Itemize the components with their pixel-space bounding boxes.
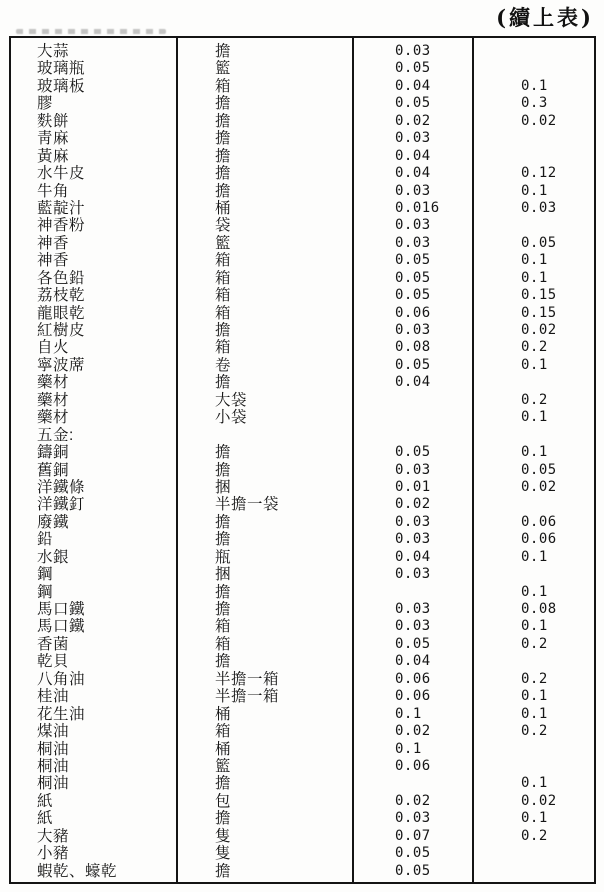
table-row: 荔枝乾 箱 0.05 0.15 bbox=[11, 287, 594, 304]
item-name-cell: 桐油 bbox=[11, 758, 178, 775]
rate-secondary-cell: 0.15 bbox=[472, 287, 594, 304]
rate-primary-cell: 0.05 bbox=[352, 863, 472, 880]
item-name-cell: 玻璃瓶 bbox=[11, 60, 178, 77]
rate-secondary-cell: 0.1 bbox=[472, 409, 594, 426]
rate-secondary-cell: 0.1 bbox=[472, 270, 594, 287]
table-row: 神香 籃 0.03 0.05 bbox=[11, 235, 594, 252]
item-name-cell: 小豬 bbox=[11, 845, 178, 862]
item-name-cell: 馬口鐵 bbox=[11, 618, 178, 635]
table-row: 香菌 箱 0.05 0.2 bbox=[11, 636, 594, 653]
unit-cell: 擔 bbox=[178, 43, 352, 60]
rate-secondary-cell: 0.2 bbox=[472, 723, 594, 740]
rate-secondary-cell bbox=[472, 653, 594, 670]
item-name-cell: 八角油 bbox=[11, 671, 178, 688]
rate-secondary-cell: 0.2 bbox=[472, 671, 594, 688]
unit-cell: 擔 bbox=[178, 183, 352, 200]
table-row: 八角油 半擔一箱 0.06 0.2 bbox=[11, 671, 594, 688]
rate-secondary-cell: 0.1 bbox=[472, 618, 594, 635]
rate-primary-cell: 0.04 bbox=[352, 549, 472, 566]
item-name-cell: 藥材 bbox=[11, 374, 178, 391]
unit-cell: 擔 bbox=[178, 653, 352, 670]
unit-cell: 隻 bbox=[178, 845, 352, 862]
rate-secondary-cell: 0.03 bbox=[472, 200, 594, 217]
item-name-cell: 紅樹皮 bbox=[11, 322, 178, 339]
item-name-cell: 大豬 bbox=[11, 828, 178, 845]
table-row: 神香 箱 0.05 0.1 bbox=[11, 252, 594, 269]
item-name-cell: 紙 bbox=[11, 793, 178, 810]
item-name-cell: 桂油 bbox=[11, 688, 178, 705]
table-row: 各色鉛 箱 0.05 0.1 bbox=[11, 270, 594, 287]
rate-secondary-cell bbox=[472, 741, 594, 758]
rate-secondary-cell: 0.2 bbox=[472, 392, 594, 409]
rate-primary-cell: 0.01 bbox=[352, 479, 472, 496]
unit-cell: 籃 bbox=[178, 235, 352, 252]
rate-secondary-cell: 0.05 bbox=[472, 462, 594, 479]
unit-cell: 桶 bbox=[178, 741, 352, 758]
rate-secondary-cell: 0.1 bbox=[472, 183, 594, 200]
rate-secondary-cell: 0.1 bbox=[472, 775, 594, 792]
unit-cell: 擔 bbox=[178, 374, 352, 391]
rate-primary-cell: 0.03 bbox=[352, 130, 472, 147]
rate-secondary-cell: 0.1 bbox=[472, 688, 594, 705]
rate-secondary-cell: 0.1 bbox=[472, 549, 594, 566]
item-name-cell: 藍靛汁 bbox=[11, 200, 178, 217]
table-row: 水牛皮 擔 0.04 0.12 bbox=[11, 165, 594, 182]
unit-cell: 擔 bbox=[178, 531, 352, 548]
rate-secondary-cell: 0.05 bbox=[472, 235, 594, 252]
item-name-cell: 麩餅 bbox=[11, 113, 178, 130]
table-row: 黃麻 擔 0.04 bbox=[11, 148, 594, 165]
rate-primary-cell: 0.05 bbox=[352, 845, 472, 862]
unit-cell: 擔 bbox=[178, 863, 352, 880]
item-name-cell: 鋼 bbox=[11, 584, 178, 601]
unit-cell: 桶 bbox=[178, 706, 352, 723]
table-row: 馬口鐵 箱 0.03 0.1 bbox=[11, 618, 594, 635]
rate-primary-cell: 0.02 bbox=[352, 723, 472, 740]
table-row: 鉛 擔 0.03 0.06 bbox=[11, 531, 594, 548]
item-name-cell: 洋鐵條 bbox=[11, 479, 178, 496]
unit-cell: 桶 bbox=[178, 200, 352, 217]
rate-primary-cell: 0.05 bbox=[352, 636, 472, 653]
rate-secondary-cell: 0.1 bbox=[472, 357, 594, 374]
rate-secondary-cell: 0.15 bbox=[472, 305, 594, 322]
rate-secondary-cell bbox=[472, 566, 594, 583]
rate-primary-cell: 0.05 bbox=[352, 357, 472, 374]
table-row: 馬口鐵 擔 0.03 0.08 bbox=[11, 601, 594, 618]
item-name-cell: 鉛 bbox=[11, 531, 178, 548]
unit-cell: 半擔一袋 bbox=[178, 496, 352, 513]
table-row: 紙 包 0.02 0.02 bbox=[11, 793, 594, 810]
item-name-cell: 寧波蓆 bbox=[11, 357, 178, 374]
table-row: 桐油 桶 0.1 bbox=[11, 741, 594, 758]
rate-secondary-cell: 0.3 bbox=[472, 95, 594, 112]
rate-primary-cell bbox=[352, 584, 472, 601]
unit-cell: 擔 bbox=[178, 165, 352, 182]
rate-primary-cell: 0.05 bbox=[352, 60, 472, 77]
rate-secondary-cell: 0.2 bbox=[472, 339, 594, 356]
rate-secondary-cell: 0.2 bbox=[472, 828, 594, 845]
rate-primary-cell: 0.03 bbox=[352, 566, 472, 583]
item-name-cell: 牛角 bbox=[11, 183, 178, 200]
table-row: 紅樹皮 擔 0.03 0.02 bbox=[11, 322, 594, 339]
rate-primary-cell: 0.04 bbox=[352, 165, 472, 182]
rate-primary-cell: 0.05 bbox=[352, 287, 472, 304]
table-row: 藍靛汁 桶 0.016 0.03 bbox=[11, 200, 594, 217]
table-row: 玻璃板 箱 0.04 0.1 bbox=[11, 78, 594, 95]
rate-primary-cell: 0.03 bbox=[352, 183, 472, 200]
unit-cell: 擔 bbox=[178, 462, 352, 479]
rate-primary-cell: 0.03 bbox=[352, 531, 472, 548]
unit-cell bbox=[178, 427, 352, 444]
rate-secondary-cell: 0.1 bbox=[472, 810, 594, 827]
item-name-cell: 廢鐵 bbox=[11, 514, 178, 531]
rate-primary-cell: 0.02 bbox=[352, 496, 472, 513]
item-name-cell: 膠 bbox=[11, 95, 178, 112]
item-name-cell: 乾貝 bbox=[11, 653, 178, 670]
item-name-cell: 五金: bbox=[11, 427, 178, 444]
unit-cell: 半擔一箱 bbox=[178, 671, 352, 688]
unit-cell: 擔 bbox=[178, 601, 352, 618]
continued-from-previous-table-label: (續上表) bbox=[496, 2, 594, 32]
table-row: 大蒜 擔 0.03 bbox=[11, 43, 594, 60]
unit-cell: 捆 bbox=[178, 479, 352, 496]
rate-primary-cell: 0.04 bbox=[352, 78, 472, 95]
table-row: 洋鐵釘 半擔一袋 0.02 bbox=[11, 496, 594, 513]
rate-primary-cell: 0.1 bbox=[352, 741, 472, 758]
rate-primary-cell bbox=[352, 427, 472, 444]
unit-cell: 箱 bbox=[178, 636, 352, 653]
item-name-cell: 藥材 bbox=[11, 409, 178, 426]
rate-primary-cell: 0.03 bbox=[352, 462, 472, 479]
unit-cell: 捆 bbox=[178, 566, 352, 583]
goods-rate-table: 大蒜 擔 0.03 玻璃瓶 籃 0.05 玻璃板 箱 0.04 0.1 膠 擔 … bbox=[9, 36, 596, 884]
rate-primary-cell: 0.03 bbox=[352, 810, 472, 827]
table-row: 寧波蓆 卷 0.05 0.1 bbox=[11, 357, 594, 374]
unit-cell: 擔 bbox=[178, 113, 352, 130]
table-row: 水銀 瓶 0.04 0.1 bbox=[11, 549, 594, 566]
unit-cell: 擔 bbox=[178, 584, 352, 601]
rate-primary-cell: 0.03 bbox=[352, 322, 472, 339]
item-name-cell: 紙 bbox=[11, 810, 178, 827]
item-name-cell: 洋鐵釘 bbox=[11, 496, 178, 513]
table-row: 牛角 擔 0.03 0.1 bbox=[11, 183, 594, 200]
unit-cell: 箱 bbox=[178, 252, 352, 269]
table-row: 鋼 擔 0.1 bbox=[11, 584, 594, 601]
rate-secondary-cell: 0.1 bbox=[472, 584, 594, 601]
rate-secondary-cell: 0.06 bbox=[472, 531, 594, 548]
rate-secondary-cell bbox=[472, 427, 594, 444]
rate-primary-cell: 0.05 bbox=[352, 270, 472, 287]
rate-primary-cell: 0.08 bbox=[352, 339, 472, 356]
unit-cell: 半擔一箱 bbox=[178, 688, 352, 705]
item-name-cell: 荔枝乾 bbox=[11, 287, 178, 304]
rate-primary-cell: 0.04 bbox=[352, 374, 472, 391]
unit-cell: 籃 bbox=[178, 758, 352, 775]
rate-primary-cell: 0.06 bbox=[352, 758, 472, 775]
table-row: 靑麻 擔 0.03 bbox=[11, 130, 594, 147]
item-name-cell: 龍眼乾 bbox=[11, 305, 178, 322]
rate-primary-cell: 0.04 bbox=[352, 148, 472, 165]
item-name-cell: 桐油 bbox=[11, 775, 178, 792]
unit-cell: 擔 bbox=[178, 444, 352, 461]
rate-secondary-cell bbox=[472, 496, 594, 513]
rate-secondary-cell bbox=[472, 130, 594, 147]
item-name-cell: 蝦乾、蠔乾 bbox=[11, 863, 178, 880]
rate-primary-cell: 0.016 bbox=[352, 200, 472, 217]
rate-secondary-cell: 0.1 bbox=[472, 706, 594, 723]
rate-secondary-cell: 0.02 bbox=[472, 479, 594, 496]
rate-primary-cell: 0.03 bbox=[352, 514, 472, 531]
rate-secondary-cell: 0.02 bbox=[472, 793, 594, 810]
table-row: 乾貝 擔 0.04 bbox=[11, 653, 594, 670]
rate-primary-cell: 0.03 bbox=[352, 43, 472, 60]
item-name-cell: 各色鉛 bbox=[11, 270, 178, 287]
rate-secondary-cell bbox=[472, 217, 594, 234]
table-row: 煤油 箱 0.02 0.2 bbox=[11, 723, 594, 740]
rate-primary-cell: 0.04 bbox=[352, 653, 472, 670]
table-row: 大豬 隻 0.07 0.2 bbox=[11, 828, 594, 845]
item-name-cell: 神香 bbox=[11, 252, 178, 269]
unit-cell: 擔 bbox=[178, 322, 352, 339]
rate-primary-cell: 0.02 bbox=[352, 793, 472, 810]
rate-secondary-cell bbox=[472, 863, 594, 880]
rate-primary-cell: 0.05 bbox=[352, 252, 472, 269]
rate-secondary-cell bbox=[472, 374, 594, 391]
unit-cell: 擔 bbox=[178, 514, 352, 531]
item-name-cell: 鑄銅 bbox=[11, 444, 178, 461]
rate-primary-cell: 0.03 bbox=[352, 618, 472, 635]
item-name-cell: 神香粉 bbox=[11, 217, 178, 234]
print-smudge-artifact bbox=[16, 29, 166, 34]
unit-cell: 隻 bbox=[178, 828, 352, 845]
unit-cell: 卷 bbox=[178, 357, 352, 374]
rate-secondary-cell: 0.06 bbox=[472, 514, 594, 531]
unit-cell: 籃 bbox=[178, 60, 352, 77]
rate-secondary-cell bbox=[472, 845, 594, 862]
unit-cell: 箱 bbox=[178, 618, 352, 635]
rate-secondary-cell: 0.1 bbox=[472, 252, 594, 269]
unit-cell: 包 bbox=[178, 793, 352, 810]
table-row: 小豬 隻 0.05 bbox=[11, 845, 594, 862]
rate-secondary-cell bbox=[472, 60, 594, 77]
rate-primary-cell: 0.05 bbox=[352, 95, 472, 112]
item-name-cell: 馬口鐵 bbox=[11, 601, 178, 618]
unit-cell: 大袋 bbox=[178, 392, 352, 409]
table-row: 自火 箱 0.08 0.2 bbox=[11, 339, 594, 356]
scanned-document-page: (續上表) 大蒜 擔 0.03 玻璃瓶 籃 0.05 玻璃板 箱 0.04 0.… bbox=[0, 0, 604, 892]
item-name-cell: 黃麻 bbox=[11, 148, 178, 165]
table-row: 桐油 籃 0.06 bbox=[11, 758, 594, 775]
table-row: 藥材 小袋 0.1 bbox=[11, 409, 594, 426]
unit-cell: 箱 bbox=[178, 305, 352, 322]
rate-primary-cell: 0.06 bbox=[352, 671, 472, 688]
rate-primary-cell: 0.03 bbox=[352, 601, 472, 618]
item-name-cell: 舊銅 bbox=[11, 462, 178, 479]
rate-secondary-cell: 0.02 bbox=[472, 322, 594, 339]
unit-cell: 箱 bbox=[178, 270, 352, 287]
table-row: 龍眼乾 箱 0.06 0.15 bbox=[11, 305, 594, 322]
rate-secondary-cell: 0.1 bbox=[472, 78, 594, 95]
table-row: 花生油 桶 0.1 0.1 bbox=[11, 706, 594, 723]
unit-cell: 瓶 bbox=[178, 549, 352, 566]
rate-primary-cell bbox=[352, 392, 472, 409]
rate-primary-cell: 0.03 bbox=[352, 235, 472, 252]
table-row: 洋鐵條 捆 0.01 0.02 bbox=[11, 479, 594, 496]
table-row: 紙 擔 0.03 0.1 bbox=[11, 810, 594, 827]
goods-table-rows: 大蒜 擔 0.03 玻璃瓶 籃 0.05 玻璃板 箱 0.04 0.1 膠 擔 … bbox=[11, 43, 594, 880]
item-name-cell: 神香 bbox=[11, 235, 178, 252]
unit-cell: 箱 bbox=[178, 78, 352, 95]
item-name-cell: 玻璃板 bbox=[11, 78, 178, 95]
item-name-cell: 藥材 bbox=[11, 392, 178, 409]
rate-secondary-cell bbox=[472, 758, 594, 775]
rate-primary-cell: 0.1 bbox=[352, 706, 472, 723]
table-row: 玻璃瓶 籃 0.05 bbox=[11, 60, 594, 77]
rate-primary-cell bbox=[352, 409, 472, 426]
unit-cell: 袋 bbox=[178, 217, 352, 234]
table-row: 桐油 擔 0.1 bbox=[11, 775, 594, 792]
unit-cell: 擔 bbox=[178, 130, 352, 147]
item-name-cell: 自火 bbox=[11, 339, 178, 356]
unit-cell: 箱 bbox=[178, 287, 352, 304]
rate-primary-cell: 0.03 bbox=[352, 217, 472, 234]
item-name-cell: 桐油 bbox=[11, 741, 178, 758]
rate-primary-cell: 0.02 bbox=[352, 113, 472, 130]
rate-primary-cell: 0.05 bbox=[352, 444, 472, 461]
rate-secondary-cell bbox=[472, 148, 594, 165]
table-row: 神香粉 袋 0.03 bbox=[11, 217, 594, 234]
rate-secondary-cell: 0.2 bbox=[472, 636, 594, 653]
table-row: 蝦乾、蠔乾 擔 0.05 bbox=[11, 863, 594, 880]
table-row: 鋼 捆 0.03 bbox=[11, 566, 594, 583]
unit-cell: 小袋 bbox=[178, 409, 352, 426]
item-name-cell: 大蒜 bbox=[11, 43, 178, 60]
unit-cell: 箱 bbox=[178, 339, 352, 356]
rate-primary-cell: 0.06 bbox=[352, 688, 472, 705]
table-row: 廢鐵 擔 0.03 0.06 bbox=[11, 514, 594, 531]
item-name-cell: 煤油 bbox=[11, 723, 178, 740]
table-row: 鑄銅 擔 0.05 0.1 bbox=[11, 444, 594, 461]
rate-secondary-cell: 0.12 bbox=[472, 165, 594, 182]
table-row: 舊銅 擔 0.03 0.05 bbox=[11, 462, 594, 479]
rate-secondary-cell: 0.08 bbox=[472, 601, 594, 618]
rate-primary-cell bbox=[352, 775, 472, 792]
item-name-cell: 花生油 bbox=[11, 706, 178, 723]
unit-cell: 擔 bbox=[178, 148, 352, 165]
item-name-cell: 香菌 bbox=[11, 636, 178, 653]
item-name-cell: 水牛皮 bbox=[11, 165, 178, 182]
table-row: 藥材 擔 0.04 bbox=[11, 374, 594, 391]
rate-primary-cell: 0.07 bbox=[352, 828, 472, 845]
table-row: 五金: bbox=[11, 427, 594, 444]
table-row: 桂油 半擔一箱 0.06 0.1 bbox=[11, 688, 594, 705]
unit-cell: 箱 bbox=[178, 723, 352, 740]
unit-cell: 擔 bbox=[178, 810, 352, 827]
table-row: 麩餅 擔 0.02 0.02 bbox=[11, 113, 594, 130]
rate-secondary-cell: 0.1 bbox=[472, 444, 594, 461]
unit-cell: 擔 bbox=[178, 775, 352, 792]
item-name-cell: 水銀 bbox=[11, 549, 178, 566]
rate-secondary-cell bbox=[472, 43, 594, 60]
table-row: 藥材 大袋 0.2 bbox=[11, 392, 594, 409]
unit-cell: 擔 bbox=[178, 95, 352, 112]
rate-primary-cell: 0.06 bbox=[352, 305, 472, 322]
rate-secondary-cell: 0.02 bbox=[472, 113, 594, 130]
item-name-cell: 靑麻 bbox=[11, 130, 178, 147]
table-row: 膠 擔 0.05 0.3 bbox=[11, 95, 594, 112]
item-name-cell: 鋼 bbox=[11, 566, 178, 583]
